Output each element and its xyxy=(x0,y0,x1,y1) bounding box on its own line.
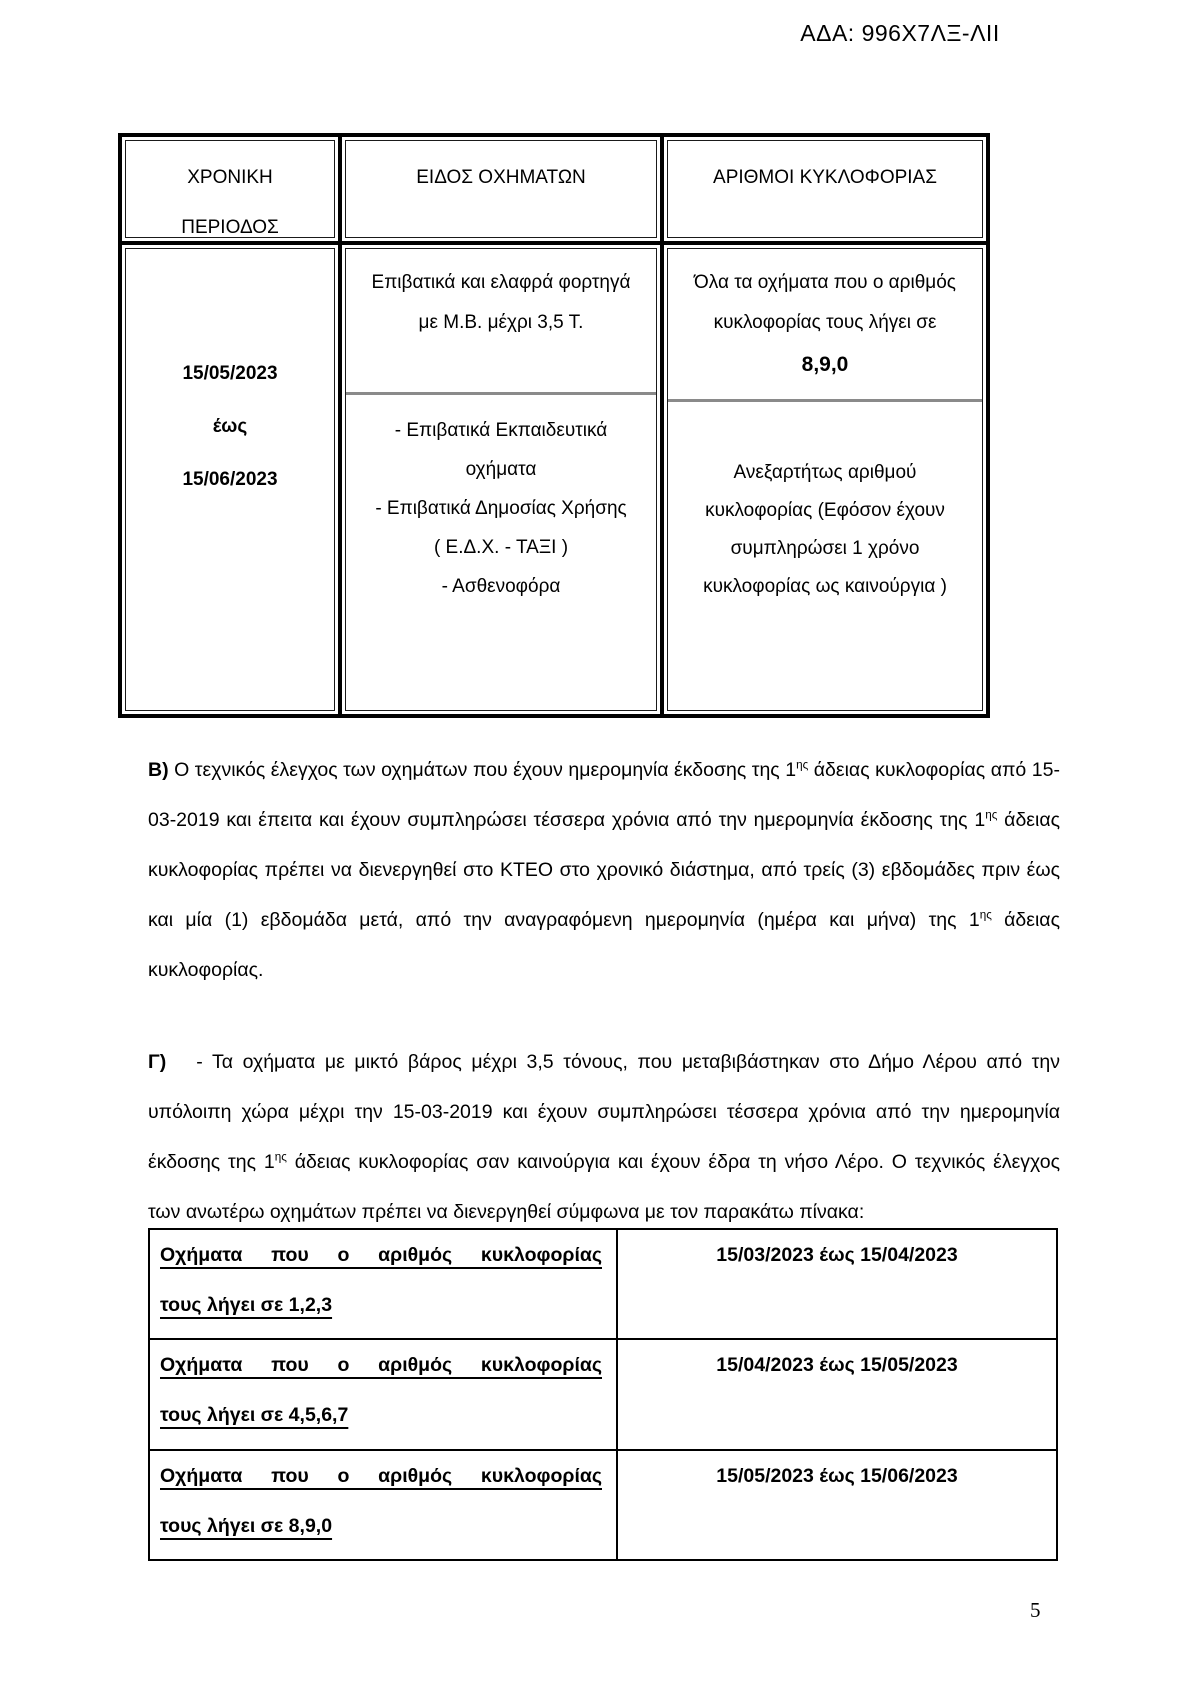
row3-line1: Οχήματα που ο αριθμός κυκλοφορίας xyxy=(160,1465,602,1488)
header-period-line1: ΧΡΟΝΙΚΗ xyxy=(126,153,334,203)
header-period-line2: ΠΕΡΙΟΔΟΣ xyxy=(126,203,334,238)
vehicle-bottom-line5: - Ασθενοφόρα xyxy=(346,567,656,606)
table-row-2-period: 15/04/2023 έως 15/05/2023 xyxy=(618,1340,1056,1448)
period-until-word: έως xyxy=(126,400,334,453)
table-row-2-vehicles: Οχήματα που ο αριθμός κυκλοφορίας τους λ… xyxy=(150,1340,616,1448)
header-vehicle-type-label: ΕΙΔΟΣ ΟΧΗΜΑΤΩΝ xyxy=(346,153,656,203)
row3-line2: τους λήγει σε 8,9,0 xyxy=(160,1515,332,1538)
vehicle-types-top-section: Επιβατικά και ελαφρά φορτηγά με Μ.Β. μέχ… xyxy=(346,249,656,392)
numbers-bottom-line2: κυκλοφορίας (Εφόσον έχουν xyxy=(668,492,982,530)
paragraph-c-label: Γ) xyxy=(148,1051,166,1073)
paragraph-c-sup1: ης xyxy=(275,1151,287,1164)
paragraph-b-label: Β) xyxy=(148,759,169,781)
vehicle-bottom-line4: ( Ε.Δ.Χ. - ΤΑΞΙ ) xyxy=(346,528,656,567)
table-row-1-period: 15/03/2023 έως 15/04/2023 xyxy=(618,1230,1056,1338)
table-row-1-vehicles: Οχήματα που ο αριθμός κυκλοφορίας τους λ… xyxy=(150,1230,616,1338)
vehicle-top-line1: Επιβατικά και ελαφρά φορτηγά xyxy=(346,263,656,303)
period-cell: 15/05/2023 έως 15/06/2023 xyxy=(122,245,338,714)
paragraph-b-sup3: ης xyxy=(980,909,992,922)
row1-line1: Οχήματα που ο αριθμός κυκλοφορίας xyxy=(160,1244,602,1267)
vehicle-bottom-line3: - Επιβατικά Δημοσίας Χρήσης xyxy=(346,489,656,528)
header-reg-numbers-label: ΑΡΙΘΜΟΙ ΚΥΚΛΟΦΟΡΙΑΣ xyxy=(668,153,982,203)
period-end-date: 15/06/2023 xyxy=(126,453,334,506)
paragraph-b-sup1: ης xyxy=(796,759,808,772)
numbers-ending-digits: 8,9,0 xyxy=(668,345,982,385)
table-row-3-period: 15/05/2023 έως 15/06/2023 xyxy=(618,1451,1056,1559)
schedule-table: ΧΡΟΝΙΚΗ ΠΕΡΙΟΔΟΣ ΕΙΔΟΣ ΟΧΗΜΑΤΩΝ ΑΡΙΘΜΟΙ … xyxy=(118,133,990,718)
table-row-3-vehicles: Οχήματα που ο αριθμός κυκλοφορίας τους λ… xyxy=(150,1451,616,1559)
header-cell-period: ΧΡΟΝΙΚΗ ΠΕΡΙΟΔΟΣ xyxy=(122,137,338,241)
vehicle-bottom-line1: - Επιβατικά Εκπαιδευτικά xyxy=(346,411,656,450)
paragraph-c: Γ)- Τα οχήματα με μικτό βάρος μέχρι 3,5 … xyxy=(148,1037,1060,1237)
paragraph-b-seg1: Ο τεχνικός έλεγχος των οχημάτων που έχου… xyxy=(169,759,797,781)
period-start-date: 15/05/2023 xyxy=(126,347,334,400)
vehicle-bottom-line2: οχήματα xyxy=(346,450,656,489)
vehicle-types-cell: Επιβατικά και ελαφρά φορτηγά με Μ.Β. μέχ… xyxy=(342,245,660,714)
reg-numbers-cell: Όλα τα οχήματα που ο αριθμός κυκλοφορίας… xyxy=(664,245,986,714)
paragraph-b: Β) Ο τεχνικός έλεγχος των οχημάτων που έ… xyxy=(148,745,1060,995)
header-cell-vehicle-type: ΕΙΔΟΣ ΟΧΗΜΑΤΩΝ xyxy=(342,137,660,241)
reg-numbers-bottom-section: Ανεξαρτήτως αριθμού κυκλοφορίας (Εφόσον … xyxy=(668,402,982,710)
numbers-bottom-line3: συμπληρώσει 1 χρόνο xyxy=(668,530,982,568)
reg-numbers-top-section: Όλα τα οχήματα που ο αριθμός κυκλοφορίας… xyxy=(668,249,982,399)
vehicle-top-line2: με Μ.Β. μέχρι 3,5 Τ. xyxy=(346,303,656,343)
ada-code: ΑΔΑ: 996Χ7ΛΞ-ΛΙΙ xyxy=(700,20,1100,47)
header-cell-reg-numbers: ΑΡΙΘΜΟΙ ΚΥΚΛΟΦΟΡΙΑΣ xyxy=(664,137,986,241)
inspection-table: Οχήματα που ο αριθμός κυκλοφορίας τους λ… xyxy=(148,1228,1058,1561)
page-number: 5 xyxy=(1030,1598,1041,1623)
row1-line2: τους λήγει σε 1,2,3 xyxy=(160,1294,332,1317)
numbers-bottom-line1: Ανεξαρτήτως αριθμού xyxy=(668,454,982,492)
row2-line2: τους λήγει σε 4,5,6,7 xyxy=(160,1404,348,1427)
paragraph-b-sup2: ης xyxy=(985,809,997,822)
vehicle-types-bottom-section: - Επιβατικά Εκπαιδευτικά οχήματα - Επιβα… xyxy=(346,395,656,710)
numbers-top-line2: κυκλοφορίας τους λήγει σε xyxy=(668,303,982,343)
row2-line1: Οχήματα που ο αριθμός κυκλοφορίας xyxy=(160,1354,602,1377)
numbers-top-line1: Όλα τα οχήματα που ο αριθμός xyxy=(668,263,982,303)
numbers-bottom-line4: κυκλοφορίας ως καινούργια ) xyxy=(668,568,982,606)
